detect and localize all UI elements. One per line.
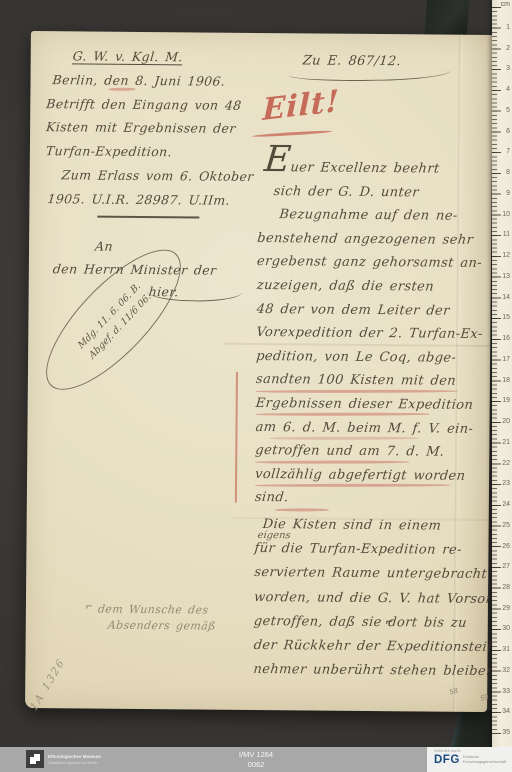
ruler-number: 24 (502, 501, 510, 508)
red-underline (255, 484, 451, 487)
handwritten-line: dem Wunsche des (97, 602, 217, 619)
ruler-number: 20 (502, 418, 510, 425)
sheet-number: 59 (479, 692, 489, 703)
ruler-number: 12 (502, 252, 510, 259)
handwritten-line: Die Kisten sind in einem (261, 513, 493, 539)
dfg-logo: DFG Deutsche Forschungsgemeinschaft (434, 754, 506, 766)
handwritten-line: Turfan-Expedition. (45, 139, 242, 164)
digitization-footer-bar: Ethnologisches Museum Staatliche Museen … (0, 747, 512, 772)
handwritten-line: 1905. U.I.R. 28987. U.IIm. (46, 187, 241, 212)
handwritten-line: Berlin, den 8. Juni 1906. (51, 68, 242, 93)
handwritten-line: getroffen, daß sie dort bis zu (253, 610, 493, 636)
urgency-note: Eilt! (262, 84, 340, 128)
handwritten-line: Euer Excellenz beehrt (263, 155, 494, 182)
ruler-number: 16 (502, 335, 510, 342)
inventory-mark: 1A 1326 (28, 637, 78, 713)
ruler-number: 11 (503, 231, 510, 238)
ruler-number: 28 (502, 584, 510, 591)
handwritten-line: Vorexpedition der 2. Turfan-Ex- (255, 321, 492, 347)
handwritten-line: sich der G. D. unter (272, 180, 493, 205)
handwritten-line: Bezugnahme auf den ne- (278, 203, 493, 228)
inserted-word: eigens (257, 530, 291, 541)
ruler-number: 25 (502, 522, 510, 529)
dfg-name: Deutsche Forschungsgemeinschaft (463, 755, 506, 764)
red-margin-line (235, 372, 238, 503)
dfg-name-line2: Forschungsgemeinschaft (463, 759, 506, 764)
red-underline (255, 461, 409, 464)
book-clamp-top (425, 0, 470, 37)
handwritten-line: G. W. v. Kgl. M. (72, 44, 243, 69)
handwritten-line: 48 der von dem Leiter der (255, 298, 492, 324)
ruler-number: 9 (506, 190, 510, 197)
red-underline (256, 413, 430, 416)
handwritten-line: zuzeigen, daß die ersten (256, 274, 493, 300)
sheet-number: 58 (448, 686, 458, 697)
ruler-number: 35 (502, 729, 510, 736)
red-underline (256, 390, 458, 393)
dfg-logo-panel: Gefördert durch DFG Deutsche Forschungsg… (427, 747, 512, 772)
ruler-unit-label: cm (501, 1, 510, 8)
ruler-number: 29 (502, 605, 510, 612)
ruler-number: 8 (506, 169, 510, 176)
handwritten-line: pedition, von Le Coq, abge- (255, 345, 492, 371)
handwritten-line: servierten Raume untergebracht (253, 561, 493, 587)
ruler-number: 2 (506, 45, 510, 52)
handwritten-line: nehmer unberührt stehen bleiben. (252, 658, 492, 684)
file-reference: Zu E. 867/12. (302, 53, 402, 69)
ruler-number: 22 (502, 460, 510, 467)
ruler-number: 17 (502, 356, 510, 363)
ruler-number: 23 (502, 480, 510, 487)
handwritten-line: Kisten mit Ergebnissen der (45, 116, 242, 141)
handwritten-line: worden, und die G. V. hat Vorsorge (253, 586, 493, 612)
ruler-number: 21 (502, 439, 510, 446)
red-underline (275, 508, 329, 511)
ruler-number: 1 (506, 24, 510, 31)
ruler-number: 34 (502, 708, 510, 715)
ruler-number: 32 (502, 667, 510, 674)
ruler-number: 15 (502, 314, 510, 321)
insertion-caret: ⌐ (386, 614, 393, 628)
letter-header: G. W. v. Kgl. M.Berlin, den 8. Juni 1906… (45, 44, 241, 212)
dfg-abbr: DFG (434, 754, 460, 766)
handwritten-line: Betrifft den Eingang von 48 (45, 92, 242, 117)
measuring-ruler: cm 1234567891011121314151617181920212223… (492, 0, 512, 747)
header-divider-line (97, 216, 199, 218)
handwritten-line: ergebenst ganz gehorsamst an- (256, 250, 493, 276)
ruler-number: 26 (502, 543, 510, 550)
urgency-underline (252, 130, 332, 138)
handwritten-line: benstehend angezogenen sehr (256, 227, 493, 253)
ruler-number: 7 (506, 148, 510, 155)
ruler-number: 30 (502, 625, 510, 632)
ruler-number: 18 (502, 377, 510, 384)
handwritten-line: Zum Erlass vom 6. Oktober (61, 163, 242, 188)
ruler-number: 10 (502, 211, 510, 218)
scan-viewer: G. W. v. Kgl. M.Berlin, den 8. Juni 1906… (0, 0, 512, 772)
ruler-number: 6 (506, 128, 510, 135)
ruler-number: 31 (502, 646, 510, 653)
red-underline (108, 88, 135, 91)
ruler-number: 3 (506, 65, 510, 72)
ruler-number: 5 (506, 107, 510, 114)
ruler-number: 14 (502, 294, 510, 301)
document-page: G. W. v. Kgl. M.Berlin, den 8. Juni 1906… (25, 31, 493, 712)
handwritten-line: Absenders gemäß (107, 617, 217, 633)
handwritten-line: der Rückkehr der Expeditionsteil- (252, 634, 492, 660)
ruler-number: 13 (502, 273, 510, 280)
body-paragraph-1: Euer Excellenz beehrtsich der G. D. unte… (255, 155, 493, 512)
reference-underline (289, 71, 451, 83)
ruler-number: 19 (502, 397, 510, 404)
ruler-number: 4 (506, 86, 510, 93)
ruler-number: 27 (502, 563, 510, 570)
funder-credit: Gefördert durch (434, 749, 461, 753)
red-underline (269, 437, 419, 440)
pencil-caret: ⌐ (86, 600, 93, 612)
pencil-note: dem Wunsche desAbsenders gemäß (98, 602, 216, 634)
ruler-number: 33 (502, 688, 510, 695)
